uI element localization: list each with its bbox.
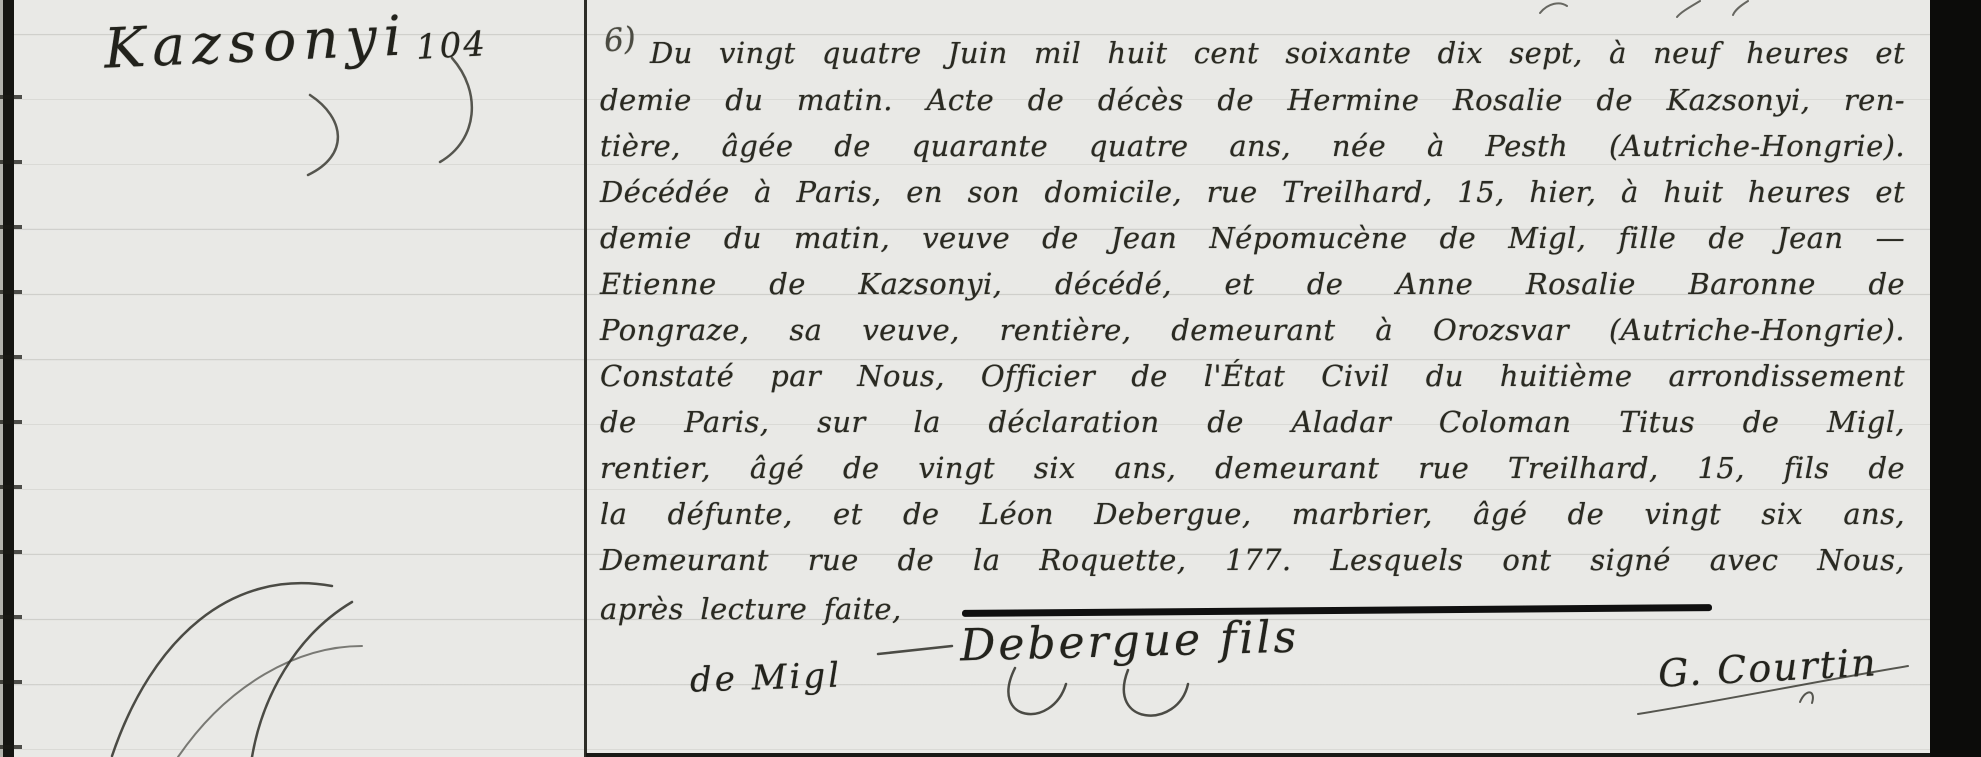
act-line: rentier, âgé de vingt six ans, demeurant… (600, 451, 1905, 485)
act-line: tière, âgée de quarante quatre ans, née … (600, 129, 1905, 163)
act-line: Etienne de Kazsonyi, décédé, et de Anne … (600, 267, 1905, 301)
act-line: demie du matin, veuve de Jean Népomucène… (600, 221, 1905, 255)
act-line: la défunte, et de Léon Debergue, marbrie… (600, 497, 1905, 531)
act-line-closing: après lecture faite, (600, 592, 902, 626)
margin-surname: Kazsonyi (103, 3, 410, 80)
act-number: 104 (415, 24, 488, 68)
death-register-page: Kazsonyi 104 6) Du vingt quatre Juin mil… (0, 0, 1981, 757)
signature-de-migl: de Migl (689, 655, 842, 700)
act-line: Pongraze, sa veuve, rentière, demeurant … (600, 313, 1905, 347)
act-line: Du vingt quatre Juin mil huit cent soixa… (650, 36, 1905, 70)
act-line: Constaté par Nous, Officier de l'État Ci… (600, 359, 1905, 393)
signature-debergue-fils: Debergue fils (959, 612, 1299, 672)
scan-edge-right-band (1930, 0, 1981, 757)
margin-column-divider (584, 0, 587, 757)
scan-edge-bottom-strip (586, 753, 1930, 757)
binding-edge-ticks (0, 0, 22, 757)
entry-mark: 6) (602, 20, 637, 59)
act-line: Demeurant rue de la Roquette, 177. Lesqu… (600, 543, 1905, 577)
act-line: de Paris, sur la déclaration de Aladar C… (600, 405, 1905, 439)
act-line: demie du matin. Acte de décès de Hermine… (600, 83, 1905, 117)
act-line: Décédée à Paris, en son domicile, rue Tr… (600, 175, 1905, 209)
